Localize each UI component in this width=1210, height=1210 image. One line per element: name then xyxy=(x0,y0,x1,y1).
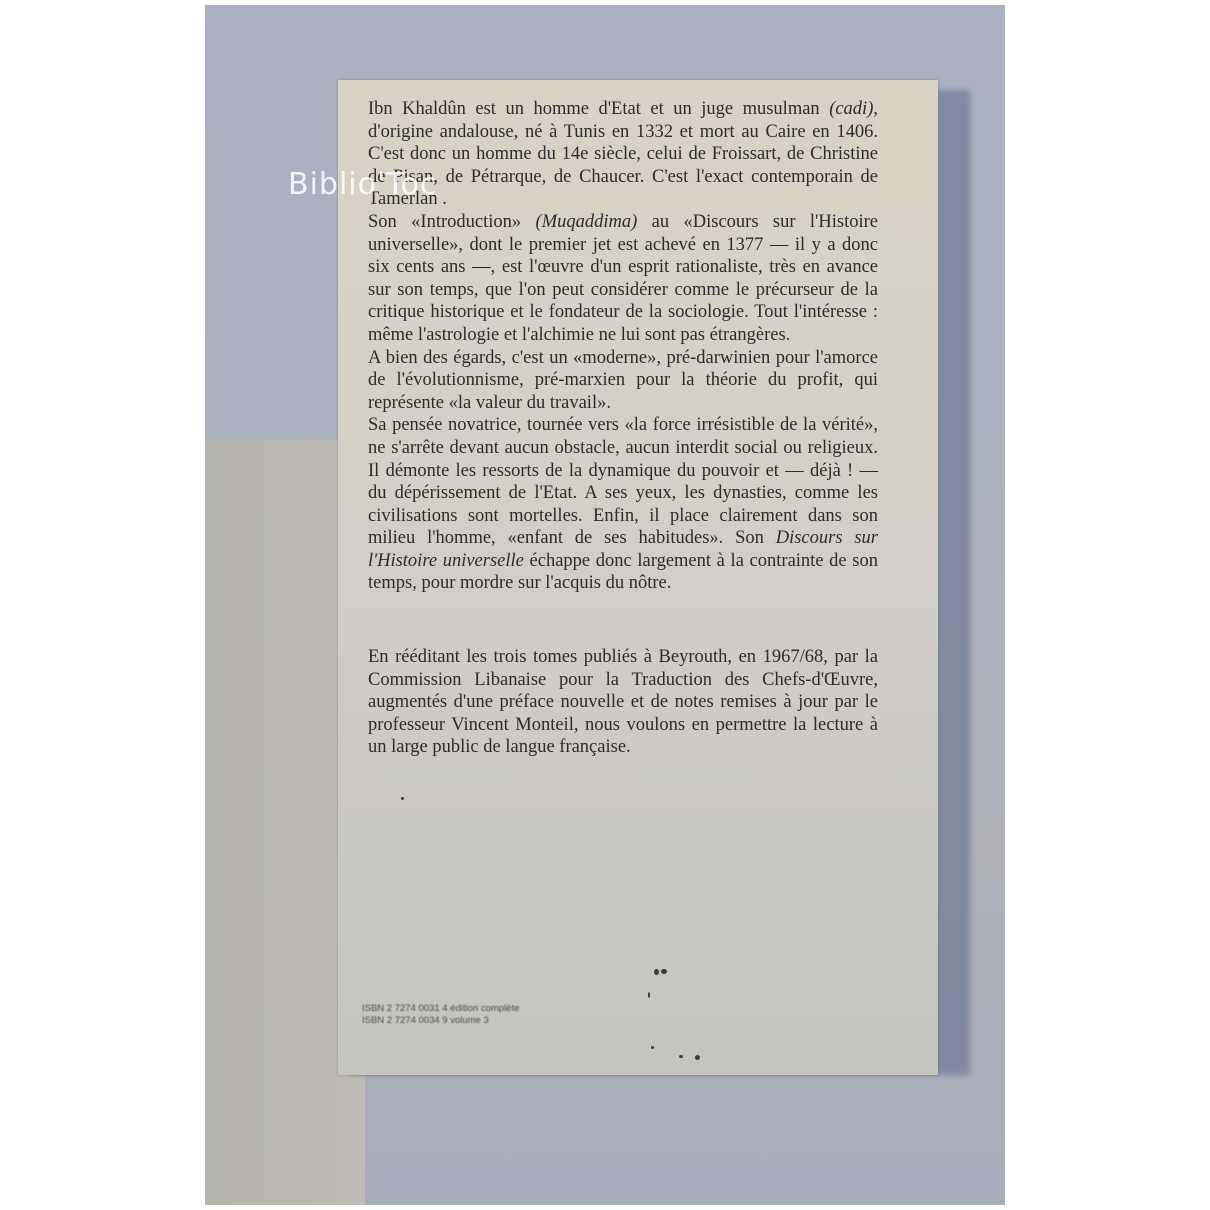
italic-text: (cadi) xyxy=(829,99,873,119)
stain-mark xyxy=(661,969,667,974)
isbn-volume: ISBN 2 7274 0034 9 volume 3 xyxy=(362,1015,519,1027)
paragraph-5: En rééditant les trois tomes publiés à B… xyxy=(368,646,878,759)
paragraph-3: A bien des égards, c'est un «moderne», p… xyxy=(368,347,878,415)
stain-mark xyxy=(651,1046,654,1049)
blurb-text: Ibn Khaldûn est un homme d'Etat et un ju… xyxy=(368,98,878,595)
italic-text: (Muqaddima) xyxy=(536,212,638,232)
isbn-complete-edition: ISBN 2 7274 0031 4 édition complète xyxy=(362,1003,519,1015)
paragraph-2: Son «Introduction» (Muqaddima) au «Disco… xyxy=(368,211,878,347)
stain-mark xyxy=(695,1055,700,1060)
stain-mark xyxy=(679,1055,683,1058)
stain-mark xyxy=(648,992,650,998)
watermark-logo: Biblio'Toc xyxy=(288,167,437,202)
paragraph-4: Sa pensée novatrice, tournée vers «la fo… xyxy=(368,414,878,595)
book-back-cover: Ibn Khaldûn est un homme d'Etat et un ju… xyxy=(338,80,938,1075)
text-run: En rééditant les trois tomes publiés à B… xyxy=(368,647,878,757)
stain-mark xyxy=(401,797,404,800)
text-run: Ibn Khaldûn est un homme d'Etat et un ju… xyxy=(368,99,829,119)
paragraph-1: Ibn Khaldûn est un homme d'Etat et un ju… xyxy=(368,98,878,211)
text-run: A bien des égards, c'est un «moderne», p… xyxy=(368,348,878,413)
stain-mark xyxy=(654,969,659,975)
edition-note: En rééditant les trois tomes publiés à B… xyxy=(368,646,878,759)
isbn-block: ISBN 2 7274 0031 4 édition complète ISBN… xyxy=(362,1003,519,1027)
text-run: Son «Introduction» xyxy=(368,212,536,232)
